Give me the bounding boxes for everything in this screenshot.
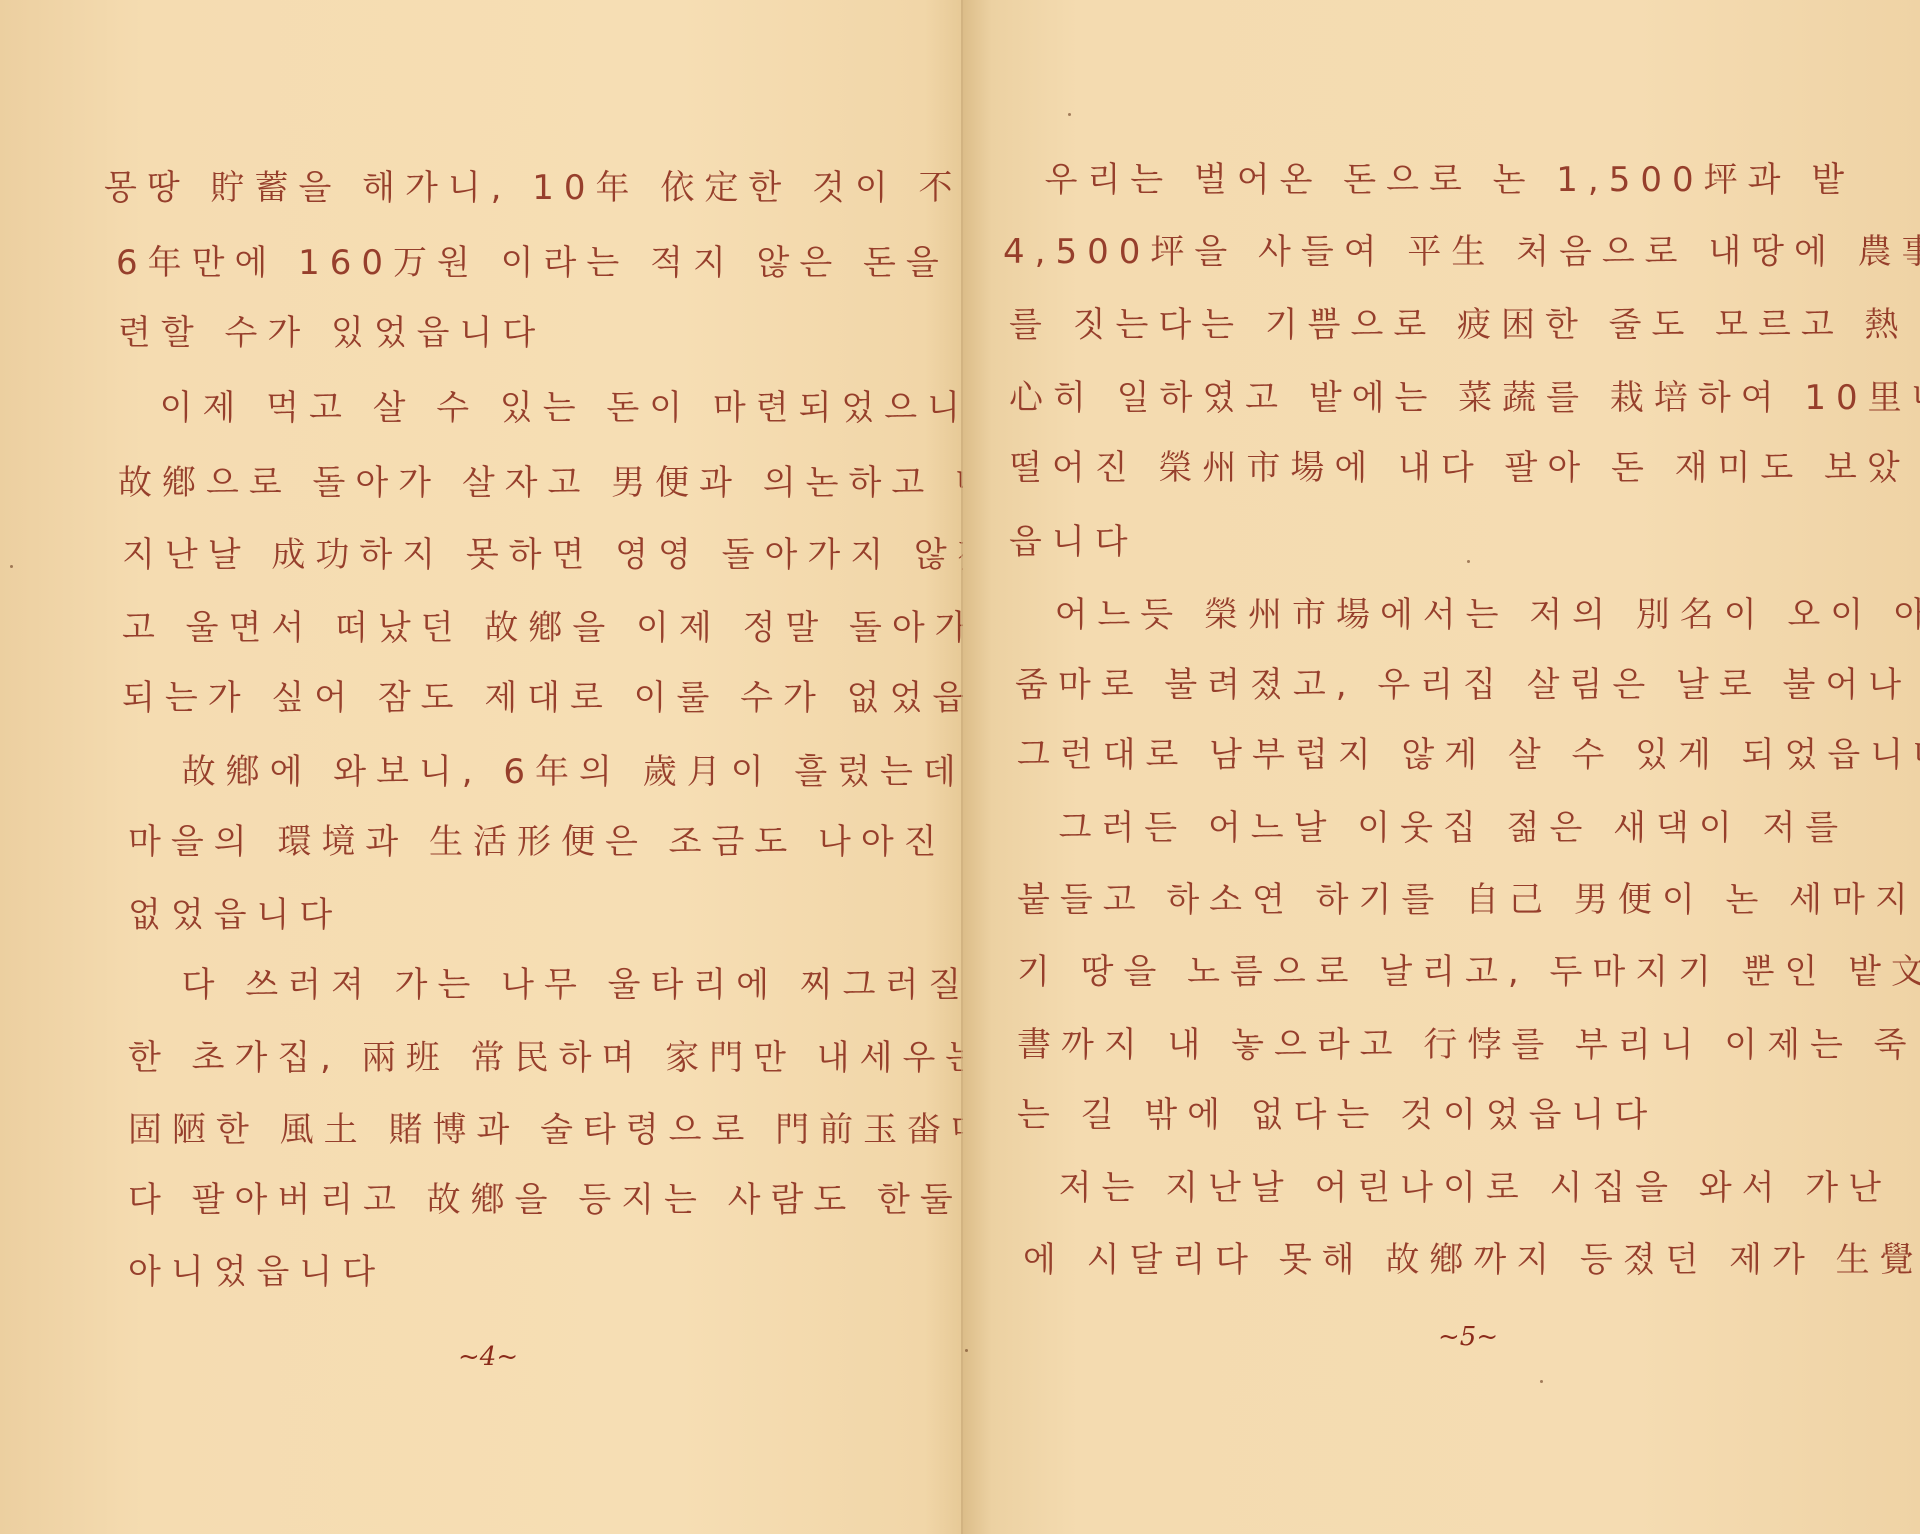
text-line: 지난날 成功하지 못하면 영영 돌아가지 않겠다 (122, 535, 1042, 575)
text-line: 를 짓는다는 기쁨으로 疲困한 줄도 모르고 熱 (1009, 305, 1909, 345)
text-line: 몽땅 貯蓄을 해가니, 10年 依定한 것이 不遲 (104, 168, 1007, 208)
text-line: 그러든 어느날 이웃집 젊은 새댁이 저를 (1017, 808, 1848, 848)
text-line: 이제 먹고 살 수 있는 돈이 마련되었으니 (118, 388, 970, 428)
text-line: 련할 수가 있었읍니다 (118, 313, 545, 353)
text-line: 한 초가집, 兩班 常民하며 家門만 내세우는 (128, 1038, 988, 1078)
page-number: ~4~ (458, 1342, 518, 1372)
text-line: 는 길 밖에 없다는 것이었읍니다 (1017, 1095, 1657, 1135)
text-line: 그런대로 남부럽지 않게 살 수 있게 되었읍니다 (1017, 735, 1920, 775)
right-page: 우리는 벌어온 돈으로 논 1,500坪과 밭 4,500坪을 사들여 平生 처… (963, 0, 1920, 1534)
text-line: 書까지 내 놓으라고 行悖를 부리니 이제는 죽 (1017, 1025, 1917, 1065)
text-line: 에 시달리다 못해 故鄕까지 등졌던 제가 生覺 (1023, 1240, 1920, 1280)
text-line: 떨어진 榮州市場에 내다 팔아 돈 재미도 보았 (1009, 448, 1910, 488)
book-spread: 몽땅 貯蓄을 해가니, 10年 依定한 것이 不遲 6年만에 160万원 이라는… (0, 0, 1920, 1534)
text-line: 어느듯 榮州市場에서는 저의 別名이 오이 아 (1013, 595, 1920, 635)
text-line: 우리는 벌어온 돈으로 논 1,500坪과 밭 (1003, 160, 1854, 200)
text-line: 고 울면서 떠났던 故鄕을 이제 정말 돌아가게 (122, 608, 1020, 648)
paper-speck (1068, 113, 1071, 116)
text-line: 다 쓰러져 가는 나무 울타리에 찌그러질듯 (140, 965, 1014, 1005)
text-line: 故鄕에 와보니, 6年의 歲月이 흘렀는데도 (140, 752, 1009, 792)
text-line: 기 땅을 노름으로 날리고, 두마지기 뿐인 밭文 (1017, 952, 1920, 992)
page-number: ~5~ (1438, 1322, 1498, 1352)
text-line: 固陋한 風土 賭博과 술타령으로 門前玉畓마저 (128, 1110, 1037, 1150)
text-line: 저는 지난날 어린나이로 시집을 와서 가난 (1017, 1168, 1891, 1208)
text-line: 붙들고 하소연 하기를 自己 男便이 논 세마지 (1017, 880, 1918, 920)
paper-speck (1467, 560, 1470, 563)
text-line: 故鄕으로 돌아가 살자고 男便과 의논하고 나니 (118, 463, 1041, 503)
text-line: 되는가 싶어 잠도 제대로 이룰 수가 없었읍니다 (122, 678, 1061, 718)
text-line: 心히 일하였고 밭에는 菜蔬를 栽培하여 10里나 (1009, 378, 1920, 418)
text-line: 줌마로 불려졌고, 우리집 살림은 날로 불어나 (1015, 665, 1911, 705)
paper-speck (965, 1349, 968, 1352)
text-line: 없었읍니다 (128, 895, 342, 935)
text-line: 아니었읍니다 (128, 1252, 385, 1292)
text-line: 읍니다 (1009, 522, 1138, 562)
text-line: 마을의 環境과 生活形便은 조금도 나아진 것이 (128, 822, 1053, 862)
left-page: 몽땅 貯蓄을 해가니, 10年 依定한 것이 不遲 6年만에 160万원 이라는… (0, 0, 963, 1534)
paper-speck (1540, 1380, 1543, 1383)
paper-speck (10, 565, 13, 568)
text-line: 6年만에 160万원 이라는 적지 않은 돈을 마 (116, 243, 1012, 283)
text-line: 다 팔아버리고 故鄕을 등지는 사람도 한둘이 (128, 1180, 1006, 1220)
text-line: 4,500坪을 사들여 平生 처음으로 내땅에 農事 (1003, 232, 1920, 272)
